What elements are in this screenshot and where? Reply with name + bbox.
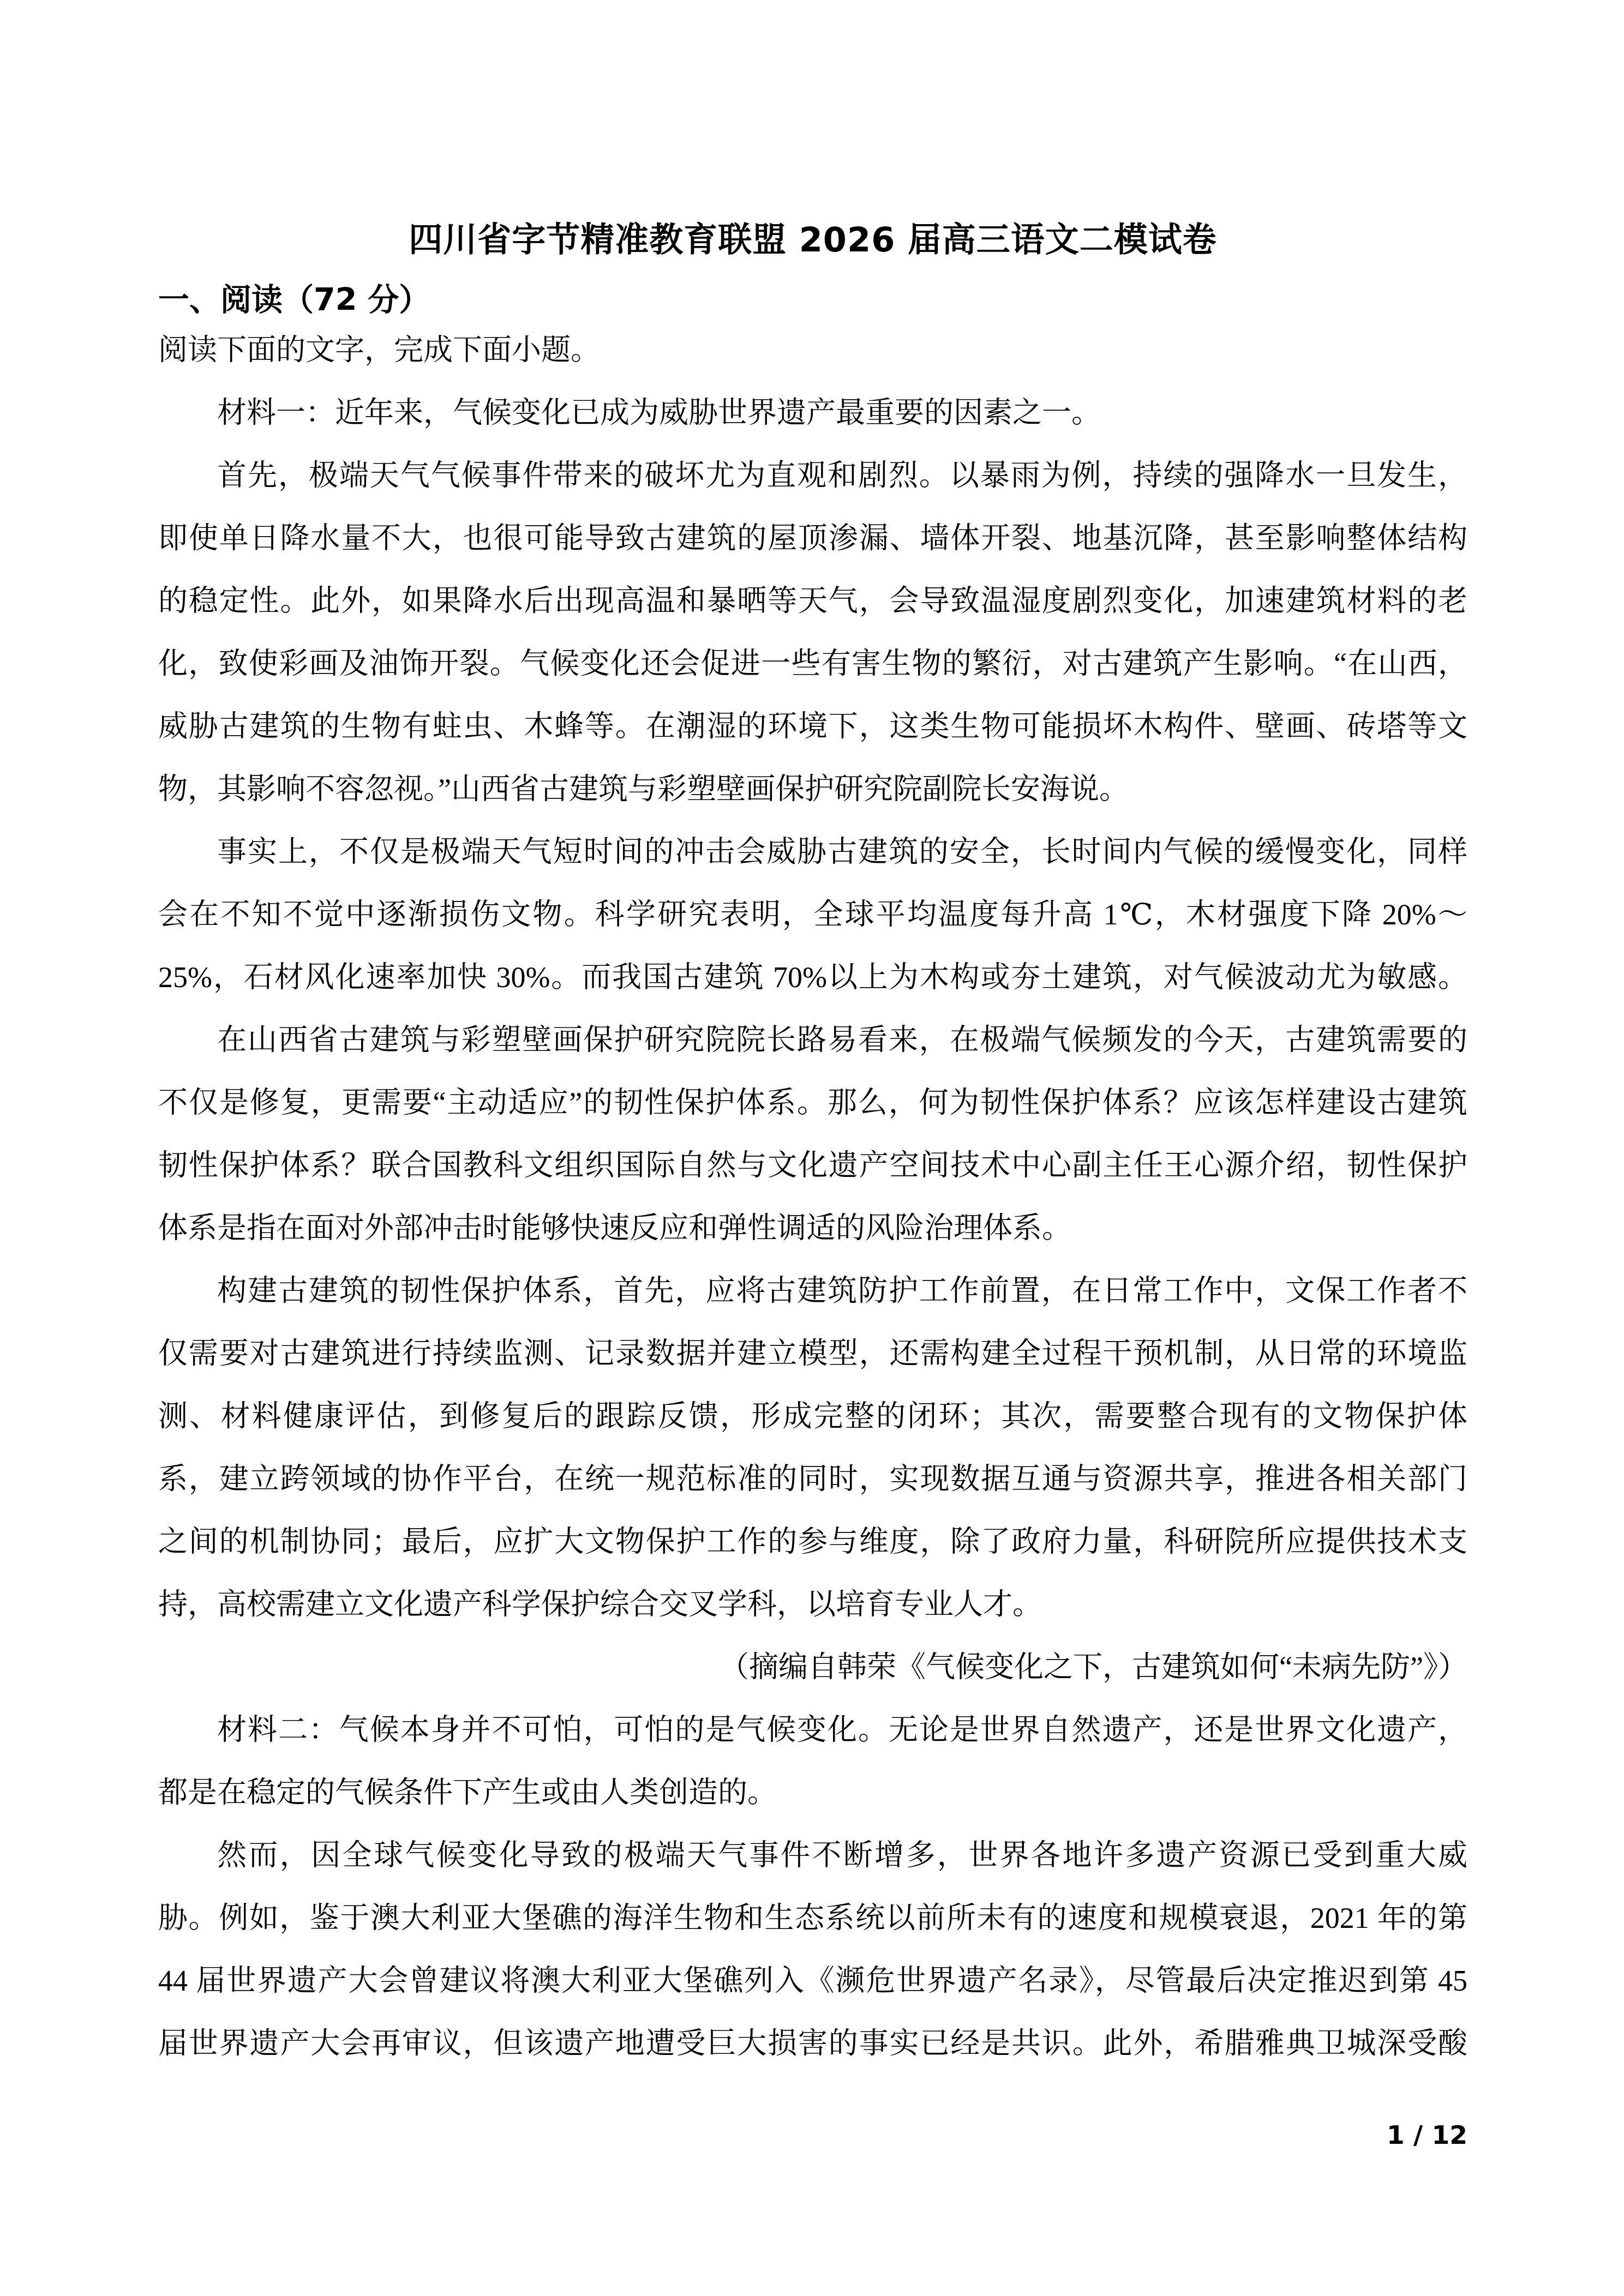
text-line: 持，高校需建立文化遗产科学保护综合交叉学科，以培育专业人才。 (158, 1573, 1467, 1636)
text-line: （摘编自韩荣《气候变化之下，古建筑如何“未病先防”》） (158, 1636, 1467, 1699)
text-line: 首先，极端天气气候事件带来的破坏尤为直观和剧烈。以暴雨为例，持续的强降水一旦发生… (158, 444, 1467, 507)
text-line: 44 届世界遗产大会曾建议将澳大利亚大堡礁列入《濒危世界遗产名录》，尽管最后决定… (158, 1950, 1467, 2012)
text-line: 化，致使彩画及油饰开裂。气候变化还会促进一些有害生物的繁衍，对古建筑产生影响。“… (158, 633, 1467, 695)
text-line: 威胁古建筑的生物有蛀虫、木蜂等。在潮湿的环境下，这类生物可能损坏木构件、壁画、砖… (158, 695, 1467, 758)
text-line: 材料二：气候本身并不可怕，可怕的是气候变化。无论是世界自然遗产，还是世界文化遗产… (158, 1699, 1467, 1762)
text-line: 测、材料健康评估，到修复后的跟踪反馈，形成完整的闭环；其次，需要整合现有的文物保… (158, 1385, 1467, 1448)
text-line: 韧性保护体系？联合国教科文组织国际自然与文化遗产空间技术中心副主任王心源介绍，韧… (158, 1134, 1467, 1197)
text-line: 的稳定性。此外，如果降水后出现高温和暴晒等天气，会导致温湿度剧烈变化，加速建筑材… (158, 570, 1467, 633)
section-heading: 一、阅读（72 分） (158, 281, 1467, 319)
text-line: 都是在稳定的气候条件下产生或由人类创造的。 (158, 1762, 1467, 1824)
page-title: 四川省字节精准教育联盟 2026 届高三语文二模试卷 (158, 218, 1467, 262)
text-line: 之间的机制协同；最后，应扩大文物保护工作的参与维度，除了政府力量，科研院所应提供… (158, 1511, 1467, 1573)
text-line: 事实上，不仅是极端天气短时间的冲击会威胁古建筑的安全，长时间内气候的缓慢变化，同… (158, 821, 1467, 883)
text-line: 物，其影响不容忽视。”山西省古建筑与彩塑壁画保护研究院副院长安海说。 (158, 758, 1467, 821)
text-line: 材料一：近年来，气候变化已成为威胁世界遗产最重要的因素之一。 (158, 382, 1467, 444)
text-line: 阅读下面的文字，完成下面小题。 (158, 319, 1467, 382)
text-line: 不仅是修复，更需要“主动适应”的韧性保护体系。那么，何为韧性保护体系？应该怎样建… (158, 1072, 1467, 1134)
text-line: 仅需要对古建筑进行持续监测、记录数据并建立模型，还需构建全过程干预机制，从日常的… (158, 1323, 1467, 1385)
exam-paper-page: 四川省字节精准教育联盟 2026 届高三语文二模试卷 一、阅读（72 分） 阅读… (158, 0, 1467, 2296)
text-line: 体系是指在面对外部冲击时能够快速反应和弹性调适的风险治理体系。 (158, 1197, 1467, 1260)
text-line: 在山西省古建筑与彩塑壁画保护研究院院长路易看来，在极端气候频发的今天，古建筑需要… (158, 1009, 1467, 1072)
text-line: 然而，因全球气候变化导致的极端天气事件不断增多，世界各地许多遗产资源已受到重大威 (158, 1824, 1467, 1887)
text-line: 系，建立跨领域的协作平台，在统一规范标准的同时，实现数据互通与资源共享，推进各相… (158, 1448, 1467, 1511)
text-line: 25%，石材风化速率加快 30%。而我国古建筑 70%以上为木构或夯土建筑，对气… (158, 946, 1467, 1009)
text-line: 即使单日降水量不大，也很可能导致古建筑的屋顶渗漏、墙体开裂、地基沉降，甚至影响整… (158, 507, 1467, 570)
text-line: 会在不知不觉中逐渐损伤文物。科学研究表明，全球平均温度每升高 1℃，木材强度下降… (158, 883, 1467, 946)
body-text: 阅读下面的文字，完成下面小题。材料一：近年来，气候变化已成为威胁世界遗产最重要的… (158, 319, 1467, 2075)
text-line: 构建古建筑的韧性保护体系，首先，应将古建筑防护工作前置，在日常工作中，文保工作者… (158, 1260, 1467, 1323)
text-line: 胁。例如，鉴于澳大利亚大堡礁的海洋生物和生态系统以前所未有的速度和规模衰退，20… (158, 1887, 1467, 1950)
text-line: 届世界遗产大会再审议，但该遗产地遭受巨大损害的事实已经是共识。此外，希腊雅典卫城… (158, 2012, 1467, 2075)
page-number: 1 / 12 (1387, 2120, 1467, 2151)
